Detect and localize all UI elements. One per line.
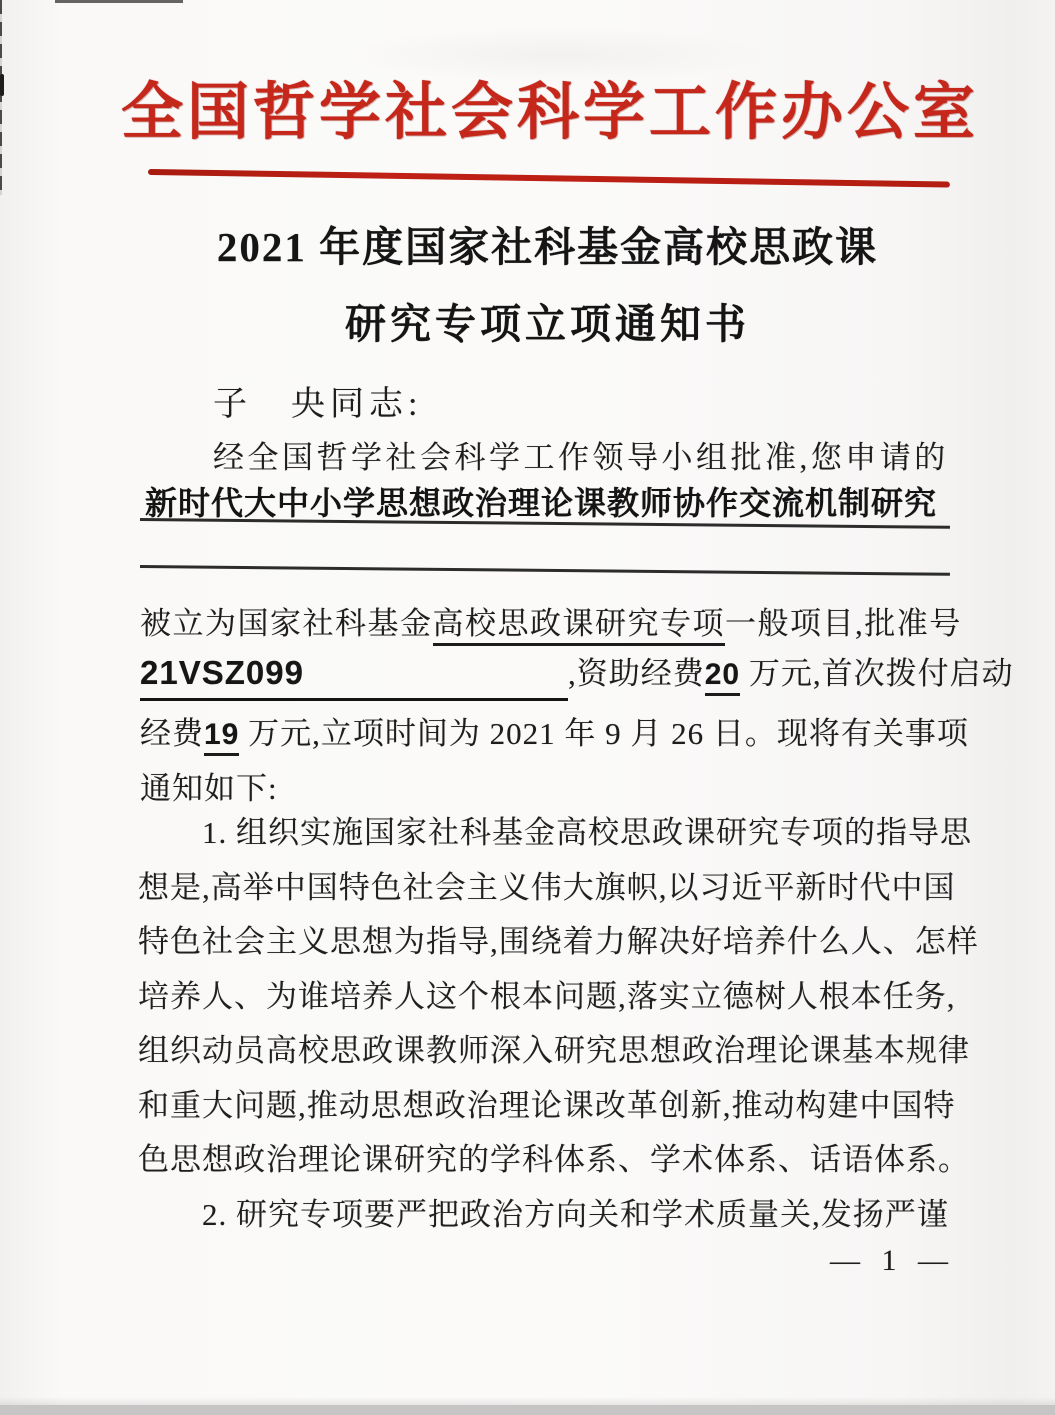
intro-line: 经全国哲学社会科学工作领导小组批准,您申请的	[213, 432, 949, 477]
document-title-line2: 研究专项立项通知书	[90, 291, 1005, 350]
initial-prefix-text: 经费	[140, 716, 204, 751]
scan-artifact-left-edge	[0, 0, 2, 195]
letterhead-red-rule	[148, 169, 950, 188]
body-paragraph-2: 2. 研究专项要严把政治方向关和学术质量关,发扬严谨	[138, 1188, 953, 1242]
after-number-text: ,资助经费	[568, 656, 705, 691]
project-title: 新时代大中小学思想政治理论课教师协作交流机制研究	[145, 478, 937, 524]
document-page: 全国哲学社会科学工作办公室 2021 年度国家社科基金高校思政课 研究专项立项通…	[0, 0, 1055, 1415]
scan-artifact-left-blob	[0, 74, 4, 96]
body-line: 组织动员高校思政课教师深入研究思想政治理论课基本规律	[138, 1024, 953, 1079]
page-number: — 1 —	[830, 1244, 955, 1278]
fill-in-underline-2	[140, 565, 950, 576]
salutation: 子 央同志:	[213, 376, 422, 425]
closing-line: 通知如下:	[140, 763, 278, 808]
body-line: 和重大问题,推动思想政治理论课改革创新,推动构建中国特	[138, 1079, 953, 1134]
document-title-line1: 2021 年度国家社科基金高校思政课	[90, 214, 1005, 273]
scan-shadow-bottom	[0, 1397, 1055, 1405]
scan-artifact-bottom-band	[0, 1405, 1055, 1415]
scanned-document: { "header": { "org_name": "全国哲学社会科学工作办公室…	[0, 0, 1055, 1415]
approval-line-initial-funding: 经费19 万元,立项时间为 2021 年 9 月 26 日。现将有关事项	[140, 708, 969, 753]
document-title: 2021 年度国家社科基金高校思政课 研究专项立项通知书	[90, 214, 1005, 350]
body-line: 2. 研究专项要严把政治方向关和学术质量关,发扬严谨	[138, 1188, 953, 1242]
funding-total-value: 20	[705, 658, 740, 696]
approval-category-underlined: 高校思政课研究专项	[433, 606, 726, 646]
after-funding-text: 万元,首次拨付启动	[740, 656, 1014, 691]
approval-number-value: 21VSZ099	[140, 654, 304, 691]
scan-artifact-top-edge	[55, 0, 183, 3]
body-line: 想是,高举中国特色社会主义伟大旗帜,以习近平新时代中国	[138, 861, 953, 916]
approval-line-category: 被立为国家社科基金高校思政课研究专项一般项目,批准号	[140, 598, 962, 643]
body-paragraph-1: 1. 组织实施国家社科基金高校思政课研究专项的指导思 想是,高举中国特色社会主义…	[138, 806, 953, 1188]
letterhead-org-name: 全国哲学社会科学工作办公室	[100, 62, 1000, 151]
body-line: 特色社会主义思想为指导,围绕着力解决好培养什么人、怎样	[138, 915, 953, 970]
after-initial-text: 万元,立项时间为 2021 年 9 月 26 日。现将有关事项	[239, 716, 969, 751]
approval-line-number: 21VSZ099,资助经费20 万元,首次拨付启动	[140, 648, 1014, 701]
body-line: 色思想政治理论课研究的学科体系、学术体系、话语体系。	[138, 1133, 953, 1188]
body-line: 1. 组织实施国家社科基金高校思政课研究专项的指导思	[138, 806, 953, 861]
approval-pre-text: 被立为国家社科基金	[140, 606, 433, 641]
body-line: 培养人、为谁培养人这个根本问题,落实立德树人根本任务,	[138, 970, 953, 1025]
approval-post-text: 一般项目,批准号	[725, 606, 962, 641]
funding-initial-value: 19	[204, 718, 239, 756]
approval-number-field: 21VSZ099	[140, 654, 568, 701]
